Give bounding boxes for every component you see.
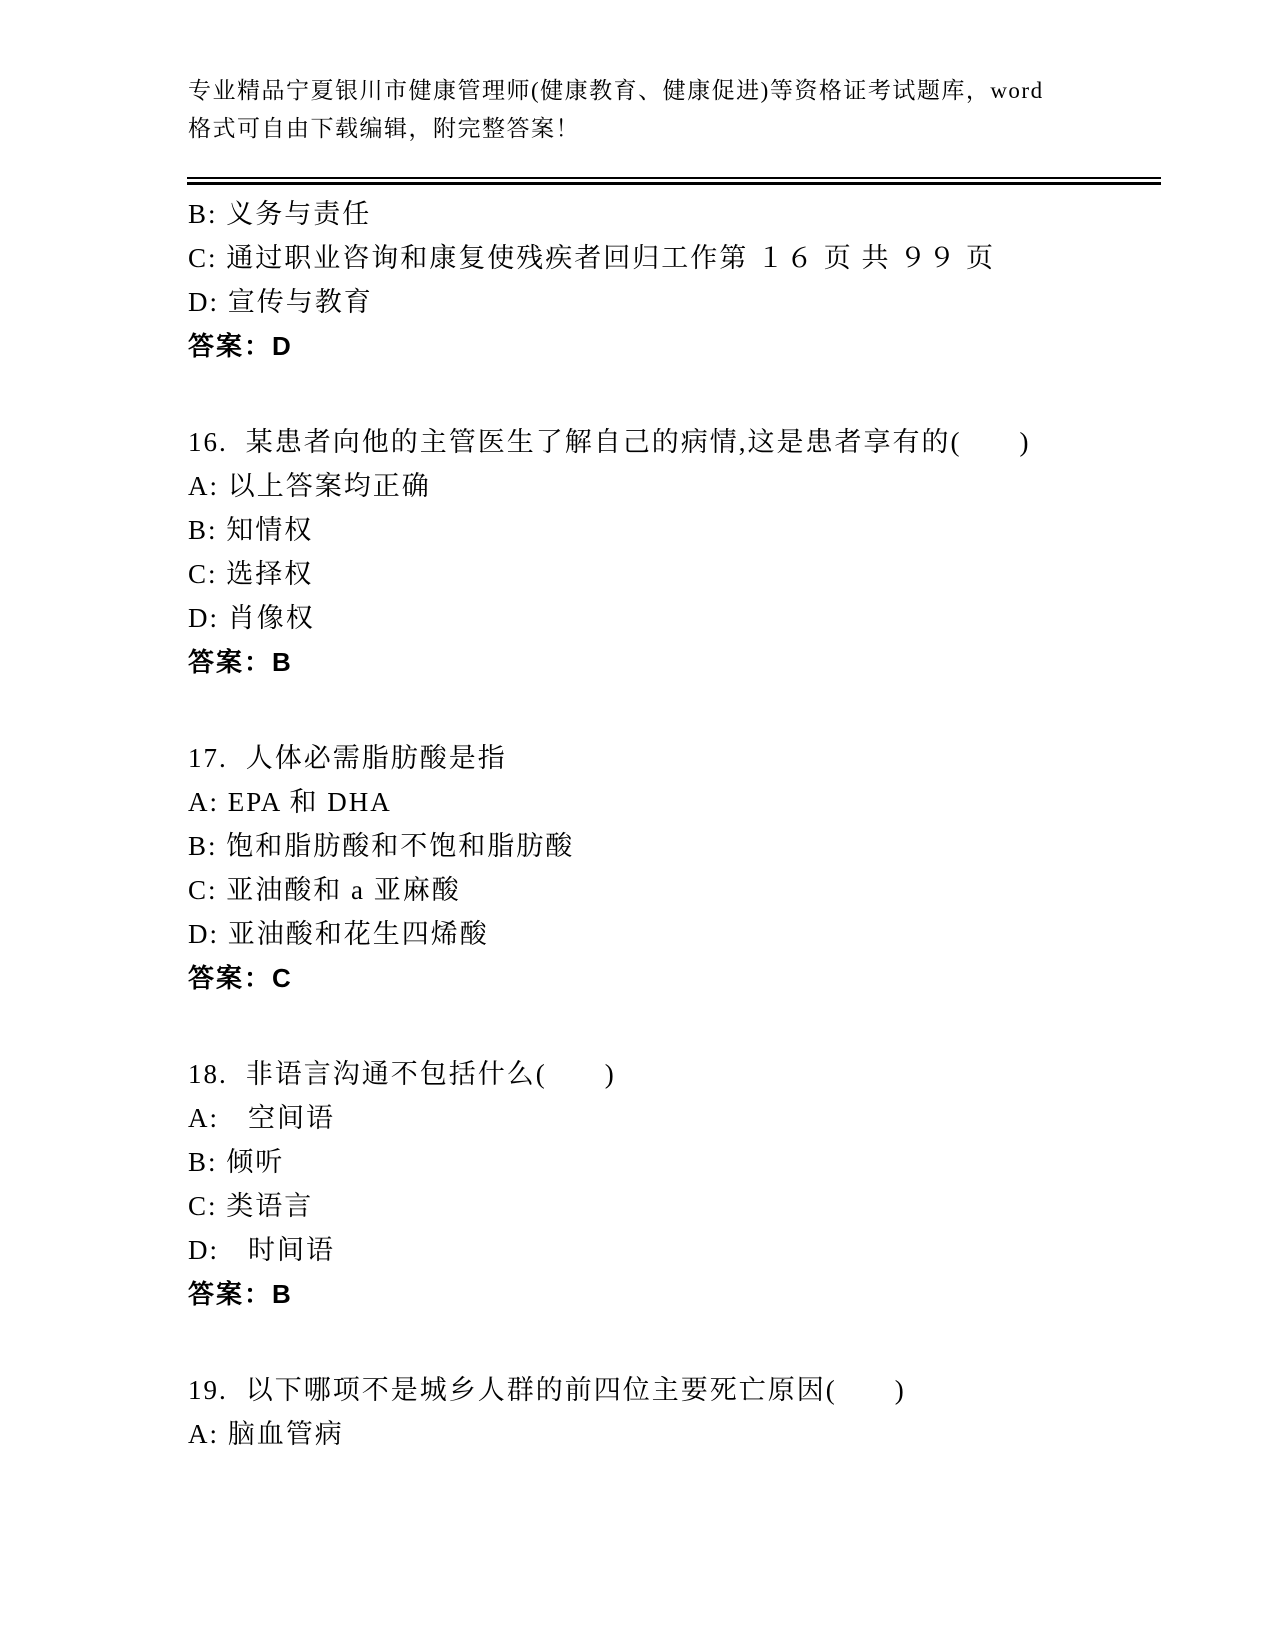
option-line: C: 选择权 bbox=[188, 552, 1188, 596]
header-separator-rule bbox=[187, 177, 1161, 185]
carryover-question-tail: B: 义务与责任C: 通过职业咨询和康复使残疾者回归工作第 １６ 页 共 ９９ … bbox=[188, 192, 1188, 368]
question-line: 19.以下哪项不是城乡人群的前四位主要死亡原因( ) bbox=[188, 1368, 1188, 1412]
question-text: 人体必需脂肪酸是指 bbox=[246, 743, 507, 773]
question-block: 19.以下哪项不是城乡人群的前四位主要死亡原因( )A: 脑血管病 bbox=[188, 1368, 1188, 1456]
answer-value: D bbox=[272, 331, 293, 361]
question-text: 以下哪项不是城乡人群的前四位主要死亡原因( ) bbox=[246, 1375, 906, 1405]
option-line: A: 脑血管病 bbox=[188, 1412, 1188, 1456]
question-number: 16. bbox=[188, 427, 228, 457]
answer-value: C bbox=[272, 963, 293, 993]
page-header: 专业精品宁夏银川市健康管理师(健康教育、健康促进)等资格证考试题库，word 格… bbox=[188, 72, 1088, 148]
answer-value: B bbox=[272, 647, 293, 677]
question-block: 17.人体必需脂肪酸是指A: EPA 和 DHAB: 饱和脂肪酸和不饱和脂肪酸C… bbox=[188, 736, 1188, 1000]
question-text: 某患者向他的主管医生了解自己的病情,这是患者享有的( ) bbox=[246, 427, 1031, 457]
option-line: B: 倾听 bbox=[188, 1140, 1188, 1184]
option-line: B: 义务与责任 bbox=[188, 192, 1188, 236]
header-line-2: 格式可自由下载编辑，附完整答案！ bbox=[188, 110, 1088, 148]
option-line: A: EPA 和 DHA bbox=[188, 780, 1188, 824]
answer-label: 答案： bbox=[188, 1279, 272, 1309]
question-number: 19. bbox=[188, 1375, 228, 1405]
option-line: C: 类语言 bbox=[188, 1184, 1188, 1228]
question-text: 非语言沟通不包括什么( ) bbox=[246, 1059, 616, 1089]
option-line: B: 饱和脂肪酸和不饱和脂肪酸 bbox=[188, 824, 1188, 868]
question-block: 16.某患者向他的主管医生了解自己的病情,这是患者享有的( )A: 以上答案均正… bbox=[188, 420, 1188, 684]
document-page: 专业精品宁夏银川市健康管理师(健康教育、健康促进)等资格证考试题库，word 格… bbox=[0, 0, 1275, 1650]
answer-line: 答案：D bbox=[188, 324, 1188, 368]
option-line: A: 空间语 bbox=[188, 1096, 1188, 1140]
page-content: B: 义务与责任C: 通过职业咨询和康复使残疾者回归工作第 １６ 页 共 ９９ … bbox=[188, 192, 1188, 1456]
answer-label: 答案： bbox=[188, 647, 272, 677]
option-line: D: 亚油酸和花生四烯酸 bbox=[188, 912, 1188, 956]
answer-line: 答案：B bbox=[188, 640, 1188, 684]
option-line: C: 通过职业咨询和康复使残疾者回归工作第 １６ 页 共 ９９ 页 bbox=[188, 236, 1188, 280]
option-line: A: 以上答案均正确 bbox=[188, 464, 1188, 508]
answer-line: 答案：C bbox=[188, 956, 1188, 1000]
header-line-1: 专业精品宁夏银川市健康管理师(健康教育、健康促进)等资格证考试题库，word bbox=[188, 72, 1088, 110]
question-list: 16.某患者向他的主管医生了解自己的病情,这是患者享有的( )A: 以上答案均正… bbox=[188, 420, 1188, 1456]
carryover-options: B: 义务与责任C: 通过职业咨询和康复使残疾者回归工作第 １６ 页 共 ９９ … bbox=[188, 192, 1188, 324]
option-line: D: 肖像权 bbox=[188, 596, 1188, 640]
question-line: 16.某患者向他的主管医生了解自己的病情,这是患者享有的( ) bbox=[188, 420, 1188, 464]
question-number: 17. bbox=[188, 743, 228, 773]
question-number: 18. bbox=[188, 1059, 228, 1089]
question-line: 17.人体必需脂肪酸是指 bbox=[188, 736, 1188, 780]
question-line: 18.非语言沟通不包括什么( ) bbox=[188, 1052, 1188, 1096]
option-line: D: 宣传与教育 bbox=[188, 280, 1188, 324]
option-line: C: 亚油酸和 a 亚麻酸 bbox=[188, 868, 1188, 912]
option-line: D: 时间语 bbox=[188, 1228, 1188, 1272]
answer-line: 答案：B bbox=[188, 1272, 1188, 1316]
answer-label: 答案： bbox=[188, 963, 272, 993]
option-line: B: 知情权 bbox=[188, 508, 1188, 552]
answer-value: B bbox=[272, 1279, 293, 1309]
question-block: 18.非语言沟通不包括什么( )A: 空间语B: 倾听C: 类语言D: 时间语答… bbox=[188, 1052, 1188, 1316]
answer-label: 答案： bbox=[188, 331, 272, 361]
